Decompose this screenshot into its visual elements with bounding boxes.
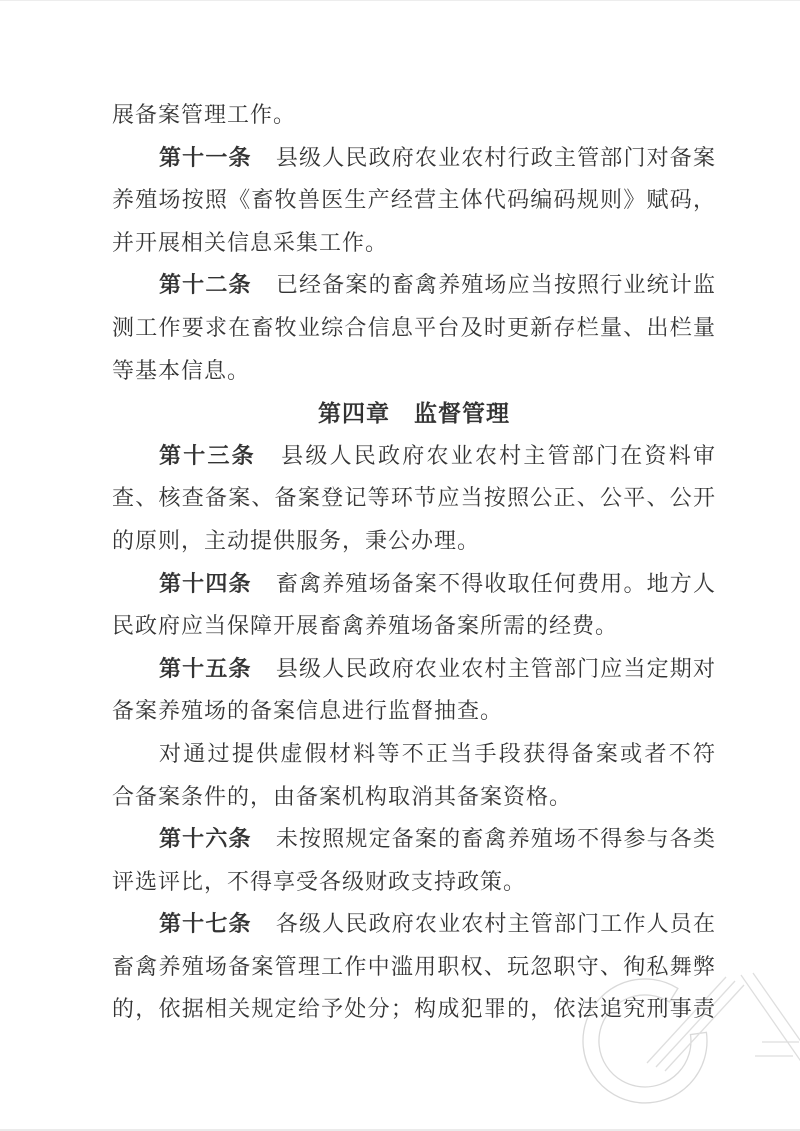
article-number: 第十一条 — [159, 145, 276, 170]
text-line: 养殖场按照《畜牧兽医生产经营主体代码编码规则》赋码， — [112, 179, 716, 222]
text-line: 第十四条 畜禽养殖场备案不得收取任何费用。地方人 — [112, 563, 716, 606]
text-line: 对通过提供虚假材料等不正当手段获得备案或者不符 — [112, 733, 716, 776]
text-line: 第十五条 县级人民政府农业农村主管部门应当定期对 — [112, 648, 716, 691]
article-number: 第十二条 — [159, 272, 276, 297]
text-line: 并开展相关信息采集工作。 — [112, 222, 716, 265]
article-number: 第十七条 — [159, 911, 276, 936]
text-line: 畜禽养殖场备案管理工作中滥用职权、玩忽职守、徇私舞弊 — [112, 946, 716, 989]
text-line: 备案养殖场的备案信息进行监督抽查。 — [112, 690, 716, 733]
text-line: 的原则，主动提供服务，秉公办理。 — [112, 520, 716, 563]
article-number: 第十四条 — [159, 571, 276, 596]
document-body: 展备案管理工作。第十一条 县级人民政府农业农村行政主管部门对备案养殖场按照《畜牧… — [112, 94, 716, 1031]
text-line: 第十一条 县级人民政府农业农村行政主管部门对备案 — [112, 137, 716, 180]
text-line: 测工作要求在畜牧业综合信息平台及时更新存栏量、出栏量 — [112, 307, 716, 350]
article-number: 第十三条 — [159, 443, 280, 468]
text-line: 合备案条件的，由备案机构取消其备案资格。 — [112, 776, 716, 819]
chapter-heading: 第四章 监督管理 — [112, 392, 716, 435]
text-line: 第十七条 各级人民政府农业农村主管部门工作人员在 — [112, 903, 716, 946]
article-number: 第十六条 — [159, 826, 276, 851]
text-line: 等基本信息。 — [112, 350, 716, 393]
text-line: 查、核查备案、备案登记等环节应当按照公正、公平、公开 — [112, 477, 716, 520]
text-line: 第十二条 已经备案的畜禽养殖场应当按照行业统计监 — [112, 264, 716, 307]
text-line: 的，依据相关规定给予处分；构成犯罪的，依法追究刑事责 — [112, 988, 716, 1031]
document-page: 展备案管理工作。第十一条 县级人民政府农业农村行政主管部门对备案养殖场按照《畜牧… — [0, 0, 800, 1131]
article-number: 第十五条 — [159, 656, 276, 681]
text-line: 第十三条 县级人民政府农业农村主管部门在资料审 — [112, 435, 716, 478]
text-line: 展备案管理工作。 — [112, 94, 716, 137]
text-line: 评选评比，不得享受各级财政支持政策。 — [112, 861, 716, 904]
text-line: 第十六条 未按照规定备案的畜禽养殖场不得参与各类 — [112, 818, 716, 861]
text-line: 民政府应当保障开展畜禽养殖场备案所需的经费。 — [112, 605, 716, 648]
